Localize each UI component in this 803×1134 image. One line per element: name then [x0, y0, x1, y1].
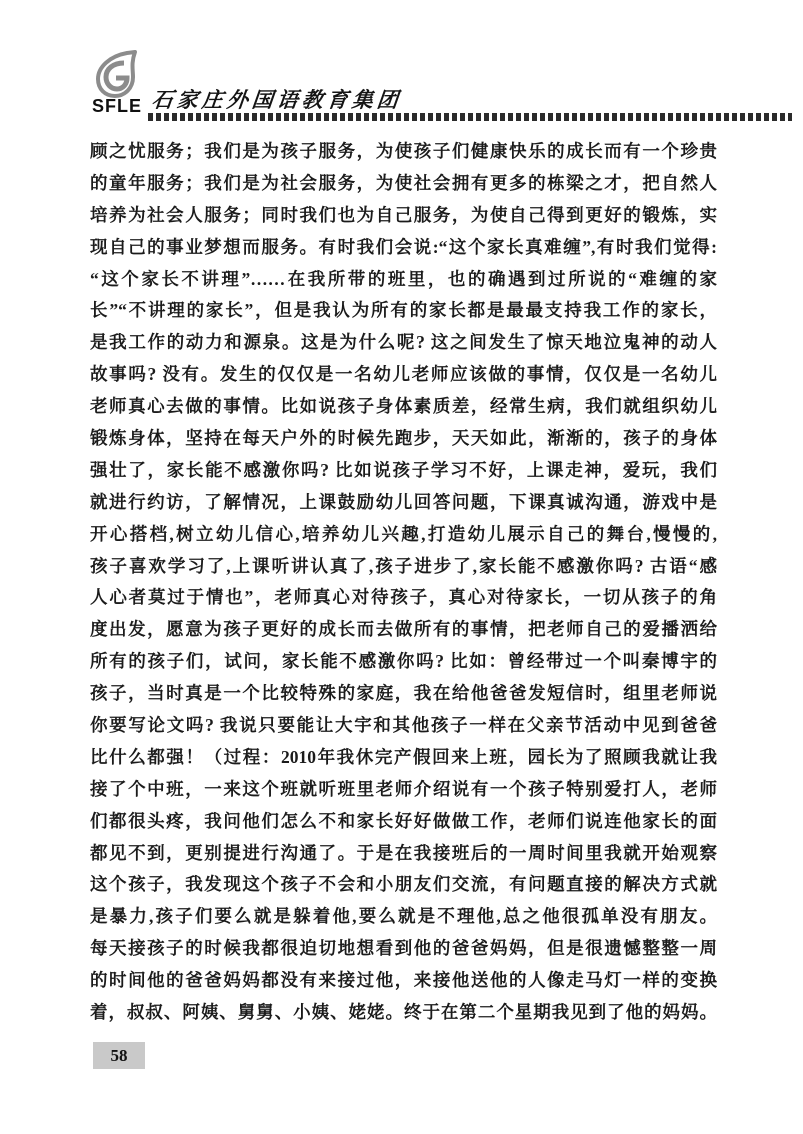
organization-title: 石家庄外国语教育集团: [150, 84, 403, 114]
page-number: 58: [111, 1046, 128, 1066]
text-line: 长”“不讲理的家长”，但是我认为所有的家长都是最最支持我工作的家长，: [90, 295, 717, 327]
text-line: 着，叔叔、阿姨、舅舅、小姨、姥姥。终于在第二个星期我见到了他的妈妈。: [90, 997, 717, 1029]
text-line: 人心者莫过于情也”，老师真心对待孩子，真心对待家长，一切从孩子的角: [90, 582, 717, 614]
header-dotted-rule: [148, 113, 792, 121]
text-line: 现自己的事业梦想而服务。有时我们会说:“这个家长真难缠”,有时我们觉得:: [90, 232, 717, 264]
text-line: 比什么都强！（过程：2010年我休完产假回来上班，园长为了照顾我就让我: [90, 742, 717, 774]
text-line: 的童年服务；我们是为社会服务，为使社会拥有更多的栋梁之才，把自然人: [90, 168, 717, 200]
text-line: 你要写论文吗? 我说只要能让大宇和其他孩子一样在父亲节活动中见到爸爸: [90, 710, 717, 742]
text-line: 故事吗? 没有。发生的仅仅是一名幼儿老师应该做的事情，仅仅是一名幼儿: [90, 359, 717, 391]
text-line: 顾之忧服务；我们是为孩子服务，为使孩子们健康快乐的成长而有一个珍贵: [90, 136, 717, 168]
page-number-box: 58: [93, 1042, 145, 1069]
text-line: 度出发，愿意为孩子更好的成长而去做所有的事情，把老师自己的爱播洒给: [90, 614, 717, 646]
document-page: SFLE 石家庄外国语教育集团 顾之忧服务；我们是为孩子服务，为使孩子们健康快乐…: [0, 0, 803, 1134]
text-line: 孩子喜欢学习了,上课听讲认真了,孩子进步了,家长能不感激你吗? 古语“感: [90, 551, 717, 583]
text-line: 培养为社会人服务；同时我们也为自己服务，为使自己得到更好的锻炼，实: [90, 200, 717, 232]
logo-acronym: SFLE: [86, 96, 148, 117]
text-line: 每天接孩子的时候我都很迫切地想看到他的爸爸妈妈，但是很遗憾整整一周: [90, 933, 717, 965]
text-line: 都见不到，更别提进行沟通了。于是在我接班后的一周时间里我就开始观察: [90, 838, 717, 870]
text-line: 开心搭档,树立幼儿信心,培养幼儿兴趣,打造幼儿展示自己的舞台,慢慢的,: [90, 519, 717, 551]
text-line: 所有的孩子们，试问，家长能不感激你吗? 比如：曾经带过一个叫秦博宇的: [90, 646, 717, 678]
sfle-drop-g-icon: [94, 50, 140, 98]
text-line: 就进行约访，了解情况，上课鼓励幼儿回答问题，下课真诚沟通，游戏中是: [90, 487, 717, 519]
text-line: 强壮了，家长能不感激你吗? 比如说孩子学习不好，上课走神，爱玩，我们: [90, 455, 717, 487]
body-text: 顾之忧服务；我们是为孩子服务，为使孩子们健康快乐的成长而有一个珍贵的童年服务；我…: [90, 136, 717, 1029]
text-line: 们都很头疼，我问他们怎么不和家长好好做做工作，老师们说连他家长的面: [90, 806, 717, 838]
text-line: 孩子，当时真是一个比较特殊的家庭，我在给他爸爸发短信时，组里老师说: [90, 678, 717, 710]
text-line: 的时间他的爸爸妈妈都没有来接过他，来接他送他的人像走马灯一样的变换: [90, 965, 717, 997]
sfle-logo: SFLE: [86, 50, 148, 117]
text-line: “这个家长不讲理”……在我所带的班里，也的确遇到过所说的“难缠的家: [90, 264, 717, 296]
text-line: 这个孩子，我发现这个孩子不会和小朋友们交流，有问题直接的解决方式就: [90, 869, 717, 901]
text-line: 是我工作的动力和源泉。这是为什么呢? 这之间发生了惊天地泣鬼神的动人: [90, 327, 717, 359]
text-line: 锻炼身体，坚持在每天户外的时候先跑步，天天如此，渐渐的，孩子的身体: [90, 423, 717, 455]
text-line: 老师真心去做的事情。比如说孩子身体素质差，经常生病，我们就组织幼儿: [90, 391, 717, 423]
text-line: 是暴力,孩子们要么就是躲着他,要么就是不理他,总之他很孤单没有朋友。: [90, 901, 717, 933]
text-line: 接了个中班，一来这个班就听班里老师介绍说有一个孩子特别爱打人，老师: [90, 774, 717, 806]
